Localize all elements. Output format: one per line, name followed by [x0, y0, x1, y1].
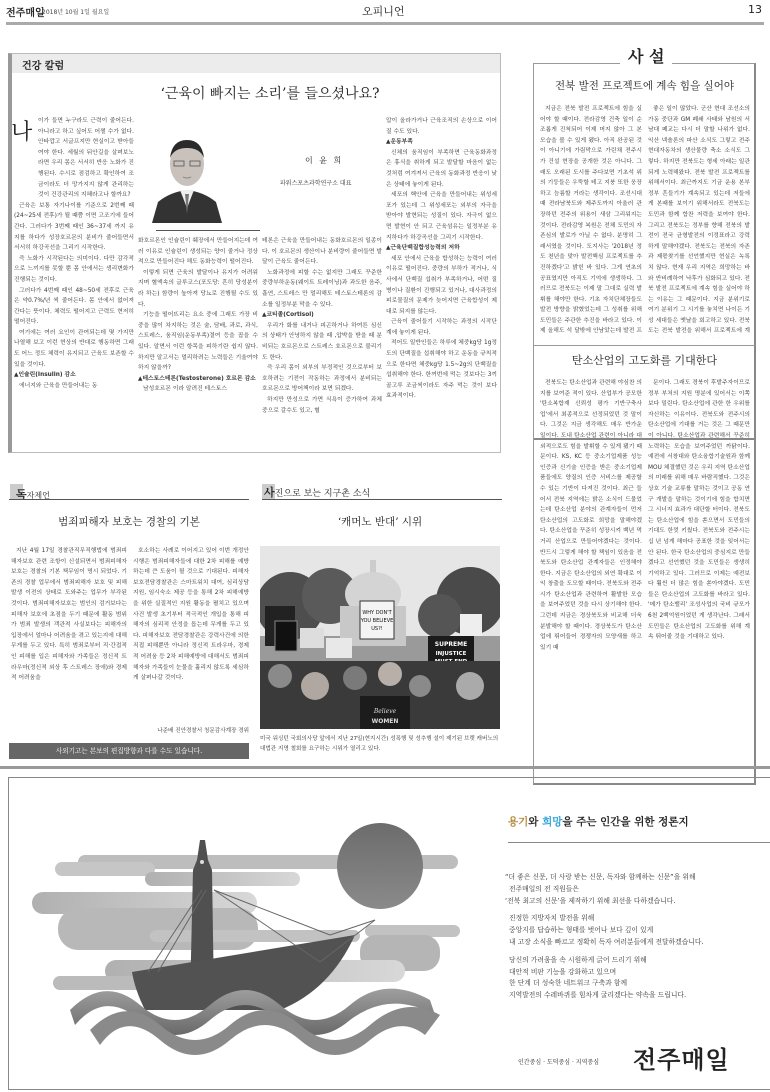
reader-rule: [9, 499, 249, 500]
reader-byline: 나준배 진안경찰서 청문감사계장 경위: [133, 726, 249, 734]
author-photo: [150, 130, 224, 223]
ad-illustration: [30, 810, 490, 1060]
masthead-date: 2018년 10월 1일 월요일: [42, 7, 109, 16]
svg-text:WHY DON'T: WHY DON'T: [362, 610, 392, 616]
ad-slogan: 인간중심 · 도덕중심 · 지역중심: [518, 1057, 599, 1066]
masthead-section: 오피니언: [362, 3, 405, 19]
subhead-protein: ▲근육단백질합성능력의 저하: [386, 243, 497, 254]
subhead-insulin: ▲인슐린(Insulin) 감소: [14, 370, 134, 381]
page-divider: [0, 766, 770, 769]
photo-caption: 미국 워싱턴 국회의사당 앞에서 지난 27일(현지시간) 성폭행 및 성추행 …: [260, 734, 500, 754]
editorial2-title: 탄소산업의 고도화를 기대한다: [533, 352, 756, 368]
svg-text:Believe: Believe: [373, 708, 397, 715]
svg-text:WOMEN: WOMEN: [372, 718, 399, 725]
health-column-label: 건강 칼럼: [22, 57, 64, 72]
editorial-text-2: 좋은 일이 많았다. 군산 현대 조선소의 가동 중단과 GM 폐쇄 사태와 남…: [648, 104, 750, 338]
subhead-testosterone: ▲테스토스테론(Testosterone) 호르몬 감소: [138, 374, 258, 385]
health-column-text-4: 압이 올라가거나 근육조직의 손상으로 이어질 수도 있다. ▲운동부족 신체의…: [386, 116, 497, 450]
photo-news-title: ‘캐머노 반대’ 시위: [260, 514, 500, 529]
reader-text-2: 호소하는 사례로 이어지고 있어 이번 개정안 시행은 범죄피해자들에 대한 2…: [133, 546, 249, 726]
editorial2-text-1: 전북도는 탄소산업과 관련해 야심찬 의지를 보여준 적이 있다. 산업부가 공…: [540, 378, 642, 778]
photo-news-section-label: 사진으로 보는 지구촌 소식: [264, 484, 370, 500]
svg-text:US?!: US?!: [371, 626, 383, 632]
ad-body-text: “더 좋은 신문, 더 사랑 받는 신문, 독자와 함께하는 신문”을 위해 전…: [505, 872, 767, 1008]
svg-text:INJUSTICE: INJUSTICE: [436, 651, 467, 657]
pen-ship-illustration-icon: [30, 810, 490, 1060]
masthead-paper-name: 전주매일: [6, 4, 45, 19]
contribution-notice: 사외기고는 본보의 편집방향과 다를 수도 있습니다.: [9, 743, 249, 759]
author-name: 이 윤 희: [305, 155, 343, 166]
subhead-exercise: ▲운동부족: [386, 137, 497, 148]
svg-text:YOU BELIEVE: YOU BELIEVE: [360, 618, 394, 624]
reader-title: 범죄피해자 보호는 경찰의 기본: [9, 514, 249, 529]
masthead-page-number: 13: [748, 3, 762, 16]
subhead-cortisol: ▲코티졸(Cortisol): [262, 310, 382, 321]
health-column-text-1: 이가 들면 누구라도 근력이 줄어든다. 아니라고 하고 싶어도 어쩔 수가 없…: [14, 116, 134, 450]
author-title: 파워스포츠과학연구소 대표: [280, 178, 351, 187]
ad-logo: 전주매일: [633, 1040, 730, 1075]
svg-text:SUPREME: SUPREME: [435, 641, 467, 648]
health-column-title: ‘근육이 빠지는 소리’를 들으셨나요?: [120, 83, 420, 103]
health-column-text-3: 테론은 근육을 만들어내는 동화호르몬의 일종이다. 이 호르몬의 생산이나 분…: [262, 236, 382, 450]
protest-photo: WHY DON'T YOU BELIEVE US?! SUPREME INJUS…: [260, 546, 500, 729]
health-column-label-bar: [12, 54, 500, 73]
reader-text-1: 지난 4월 17일 경찰관직무직행법에 범죄피해자보호 관련 조항이 신설되면서…: [11, 546, 127, 736]
editorial-text-1: 지금은 전북 발전 프로젝트에 힘을 실어야 할 때이다. 전라감영 건축 일이…: [540, 104, 642, 338]
editorial-title: 전북 발전 프로젝트에 계속 힘을 실어야: [533, 78, 756, 93]
masthead-rule: [6, 22, 764, 25]
editorial2-text-2: 문이다. 그래도 경북이 후발주자이므로 정부 부처의 지원 명분에 있어서는 …: [648, 378, 750, 778]
ad-headline: 용기와 희망을 주는 인간을 위한 정론지: [508, 814, 689, 829]
editorial-label: 사 설: [620, 44, 672, 67]
health-column-text-2: 화호르몬인 인슐린이 췌장에서 만들어지는데 여러 이유로 인슐린이 생성되는 …: [138, 236, 258, 450]
author-portrait-icon: [150, 130, 224, 223]
protest-scene-icon: WHY DON'T YOU BELIEVE US?! SUPREME INJUS…: [260, 546, 500, 729]
photo-news-rule: [262, 499, 502, 500]
author-rule: [156, 230, 260, 231]
ad-rule: [508, 842, 770, 843]
